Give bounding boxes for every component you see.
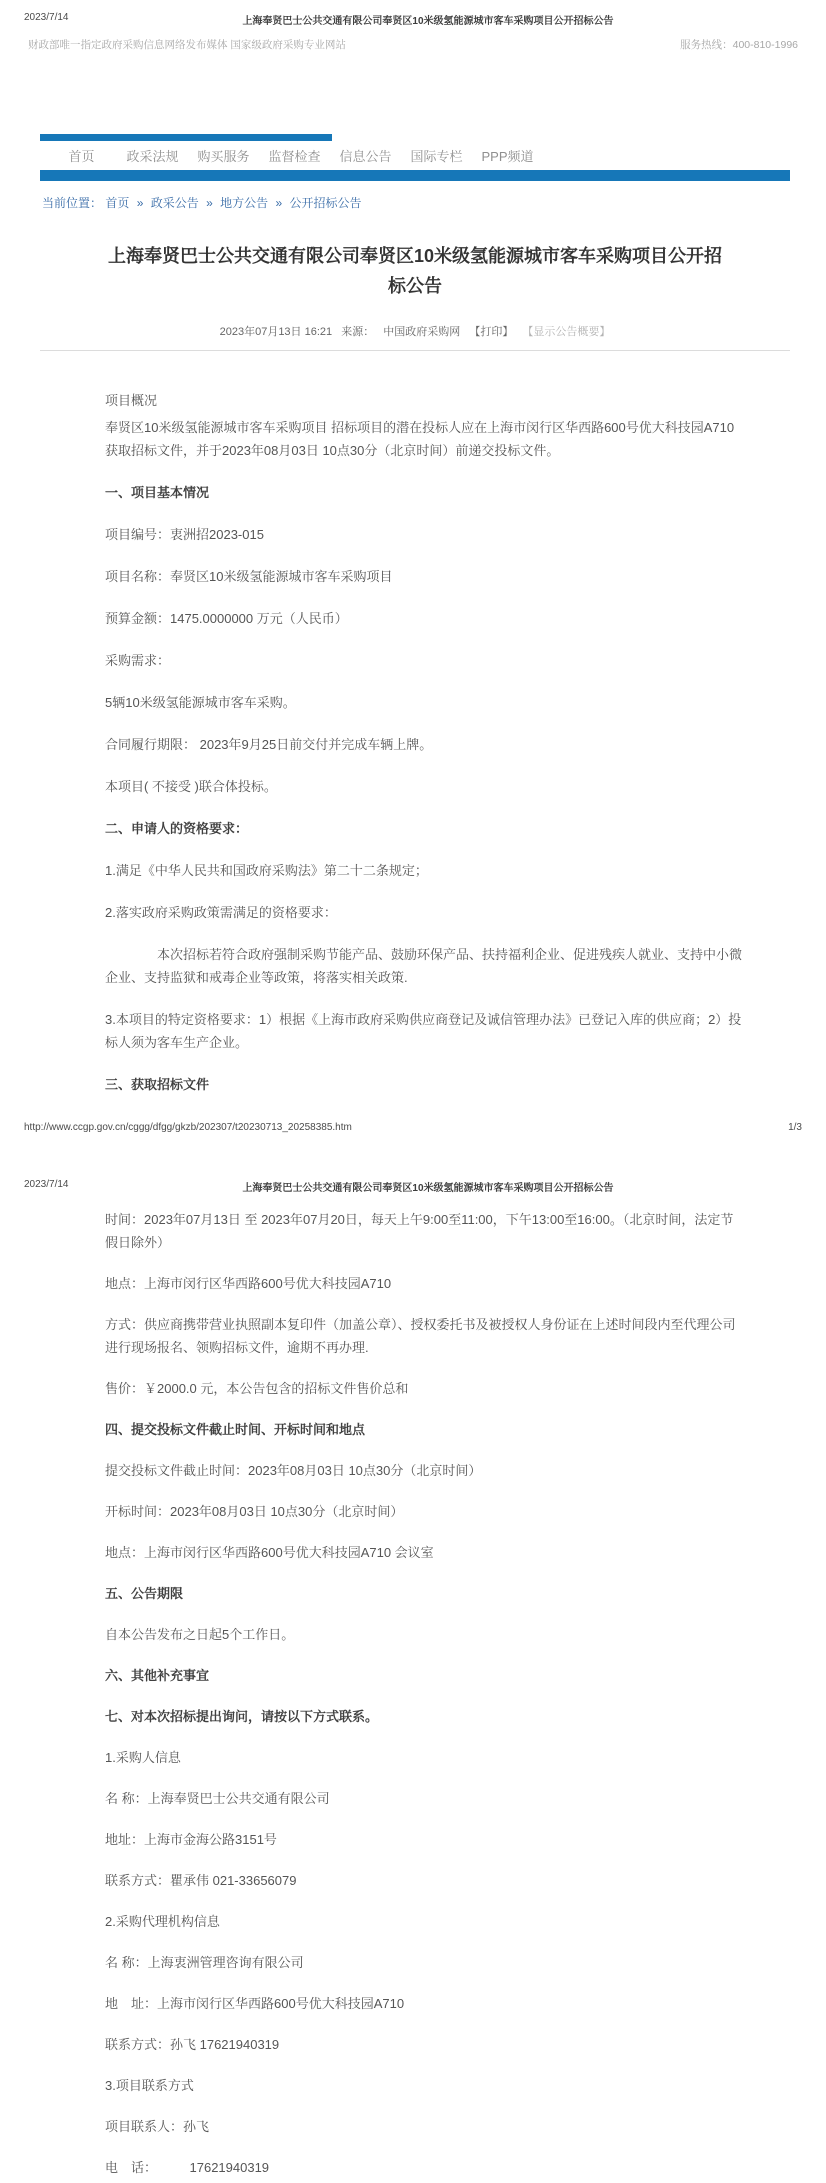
para-agency-address: 地 址：上海市闵行区华西路600号优大科技园A710 <box>105 1992 745 2015</box>
heading-section4: 四、提交投标文件截止时间、开标时间和地点 <box>105 1418 745 1441</box>
para-project-name: 项目名称：奉贤区10米级氢能源城市客车采购项目 <box>105 565 745 588</box>
breadcrumb-open-tender[interactable]: 公开招标公告 <box>290 196 362 210</box>
breadcrumb-procurement-announcements[interactable]: 政采公告 <box>151 196 199 210</box>
para-doc-price: 售价：￥2000.0 元，本公告包含的招标文件售价总和 <box>105 1377 745 1400</box>
nav-item-purchase-services[interactable]: 购买服务 <box>188 146 259 165</box>
para-bid-deadline: 提交投标文件截止时间：2023年08月03日 10点30分（北京时间） <box>105 1459 745 1482</box>
para-purchaser-contact: 联系方式：瞿承伟 021-33656079 <box>105 1869 745 1892</box>
para-qualification-1: 1.满足《中华人民共和国政府采购法》第二十二条规定； <box>105 859 745 882</box>
nav-item-announcements[interactable]: 信息公告 <box>330 146 401 165</box>
para-agency-name: 名 称：上海衷洲管理咨询有限公司 <box>105 1951 745 1974</box>
para-project-contact-label: 3.项目联系方式 <box>105 2074 745 2097</box>
heading-section7: 七、对本次招标提出询问，请按以下方式联系。 <box>105 1705 745 1728</box>
hotline-number: 400-810-1996 <box>733 39 798 51</box>
para-procurement-demand: 5辆10米级氢能源城市客车采购。 <box>105 691 745 714</box>
heading-section1: 一、项目基本情况 <box>105 481 745 504</box>
source-name: 中国政府采购网 <box>383 326 460 338</box>
para-bid-opening-time: 开标时间：2023年08月03日 10点30分（北京时间） <box>105 1500 745 1523</box>
site-slogan: 财政部唯一指定政府采购信息网络发布媒体 国家级政府采购专业网站 <box>28 37 346 52</box>
nav-item-international[interactable]: 国际专栏 <box>401 146 472 165</box>
heading-section2: 二、申请人的资格要求： <box>105 817 745 840</box>
article-meta: 2023年07月13日 16:21 来源： 中国政府采购网 【打印】 【显示公告… <box>40 323 790 339</box>
breadcrumb-separator: » <box>276 196 283 210</box>
print-doc-title: 上海奉贤巴士公共交通有限公司奉贤区10米级氢能源城市客车采购项目公开招标公告 <box>144 1179 802 1194</box>
para-bid-opening-location: 地点：上海市闵行区华西路600号优大科技园A710 会议室 <box>105 1541 745 1564</box>
announcement-article-continued: 时间：2023年07月13日 至 2023年07月20日，每天上午9:00至11… <box>40 1194 790 2179</box>
publish-datetime: 2023年07月13日 16:21 <box>220 326 333 338</box>
para-policy-statement: 本次招标若符合政府强制采购节能产品、鼓励环保产品、扶持福利企业、促进残疾人就业、… <box>105 943 745 989</box>
para-procurement-demand-label: 采购需求： <box>105 649 745 672</box>
para-doc-location: 地点：上海市闵行区华西路600号优大科技园A710 <box>105 1272 745 1295</box>
article-body-page2: 时间：2023年07月13日 至 2023年07月20日，每天上午9:00至11… <box>40 1194 790 2179</box>
service-hotline: 服务热线：400-810-1996 <box>680 37 798 52</box>
nav-item-supervision[interactable]: 监督检查 <box>259 146 330 165</box>
print-header-page2: 2023/7/14 上海奉贤巴士公共交通有限公司奉贤区10米级氢能源城市客车采购… <box>0 1167 826 1194</box>
para-contract-period: 合同履行期限： 2023年9月25日前交付并完成车辆上牌。 <box>105 733 745 756</box>
para-overview-heading: 项目概况 <box>105 389 745 412</box>
para-consortium-bidding: 本项目( 不接受 )联合体投标。 <box>105 775 745 798</box>
para-purchaser-name: 名 称：上海奉贤巴士公共交通有限公司 <box>105 1787 745 1810</box>
para-qualification-3: 3.本项目的特定资格要求：1）根据《上海市政府采购供应商登记及诚信管理办法》已登… <box>105 1008 745 1054</box>
para-doc-time: 时间：2023年07月13日 至 2023年07月20日，每天上午9:00至11… <box>105 1208 745 1254</box>
print-footer-page1: http://www.ccgp.gov.cn/cggg/dfgg/gkzb/20… <box>0 1122 826 1133</box>
breadcrumb-separator: » <box>206 196 213 210</box>
print-header-page1: 2023/7/14 上海奉贤巴士公共交通有限公司奉贤区10米级氢能源城市客车采购… <box>0 0 826 27</box>
nav-menu: 首页 政采法规 购买服务 监督检查 信息公告 国际专栏 PPP频道 <box>40 141 826 170</box>
hotline-label: 服务热线： <box>680 39 733 51</box>
breadcrumb: 当前位置： 首页 » 政采公告 » 地方公告 » 公开招标公告 <box>0 194 826 211</box>
announcement-article: 上海奉贤巴士公共交通有限公司奉贤区10米级氢能源城市客车采购项目公开招标公告 2… <box>40 241 790 1096</box>
breadcrumb-local-announcements[interactable]: 地方公告 <box>220 196 268 210</box>
para-budget-amount: 预算金额：1475.0000000 万元（人民币） <box>105 607 745 630</box>
para-project-contact-phone: 电 话： 17621940319 <box>105 2156 745 2179</box>
source-label: 来源： <box>341 326 374 338</box>
breadcrumb-separator: » <box>137 196 144 210</box>
para-agency-contact: 联系方式：孙飞 17621940319 <box>105 2033 745 2056</box>
heading-section6: 六、其他补充事宜 <box>105 1664 745 1687</box>
nav-item-home[interactable]: 首页 <box>46 146 117 165</box>
show-summary-button[interactable]: 【显示公告概要】 <box>522 326 610 338</box>
print-button[interactable]: 【打印】 <box>469 326 513 338</box>
para-agency-info-label: 2.采购代理机构信息 <box>105 1910 745 1933</box>
print-doc-title: 上海奉贤巴士公共交通有限公司奉贤区10米级氢能源城市客车采购项目公开招标公告 <box>144 12 802 27</box>
heading-section5: 五、公告期限 <box>105 1582 745 1605</box>
para-purchaser-info-label: 1.采购人信息 <box>105 1746 745 1769</box>
nav-accent-bar <box>40 134 332 141</box>
para-project-contact-person: 项目联系人：孙飞 <box>105 2115 745 2138</box>
para-project-number: 项目编号：衷洲招2023-015 <box>105 523 745 546</box>
para-purchaser-address: 地址：上海市金海公路3151号 <box>105 1828 745 1851</box>
heading-section3: 三、获取招标文件 <box>105 1073 745 1096</box>
para-announcement-period: 自本公告发布之日起5个工作日。 <box>105 1623 745 1646</box>
page-indicator: 1/3 <box>788 1122 802 1133</box>
site-banner: 财政部唯一指定政府采购信息网络发布媒体 国家级政府采购专业网站 服务热线：400… <box>0 27 826 52</box>
para-doc-method: 方式：供应商携带营业执照副本复印件（加盖公章）、授权委托书及被授权人身份证在上述… <box>105 1313 745 1359</box>
print-date: 2023/7/14 <box>24 1179 144 1190</box>
para-overview-text: 奉贤区10米级氢能源城市客车采购项目 招标项目的潜在投标人应在上海市闵行区华西路… <box>105 416 745 462</box>
print-date: 2023/7/14 <box>24 12 144 23</box>
nav-item-ppp-channel[interactable]: PPP频道 <box>472 146 543 165</box>
para-qualification-2: 2.落实政府采购政策需满足的资格要求： <box>105 901 745 924</box>
article-body-page1: 项目概况 奉贤区10米级氢能源城市客车采购项目 招标项目的潜在投标人应在上海市闵… <box>40 351 790 1096</box>
print-preview-page: 2023/7/14 上海奉贤巴士公共交通有限公司奉贤区10米级氢能源城市客车采购… <box>0 0 826 2183</box>
breadcrumb-home[interactable]: 首页 <box>105 196 129 210</box>
page-title: 上海奉贤巴士公共交通有限公司奉贤区10米级氢能源城市客车采购项目公开招标公告 <box>40 241 790 301</box>
nav-item-regulations[interactable]: 政采法规 <box>117 146 188 165</box>
main-navigation: 首页 政采法规 购买服务 监督检查 信息公告 国际专栏 PPP频道 <box>0 134 826 181</box>
source-url: http://www.ccgp.gov.cn/cggg/dfgg/gkzb/20… <box>24 1122 352 1133</box>
breadcrumb-prefix: 当前位置： <box>42 196 102 210</box>
nav-bottom-bar <box>40 170 790 181</box>
